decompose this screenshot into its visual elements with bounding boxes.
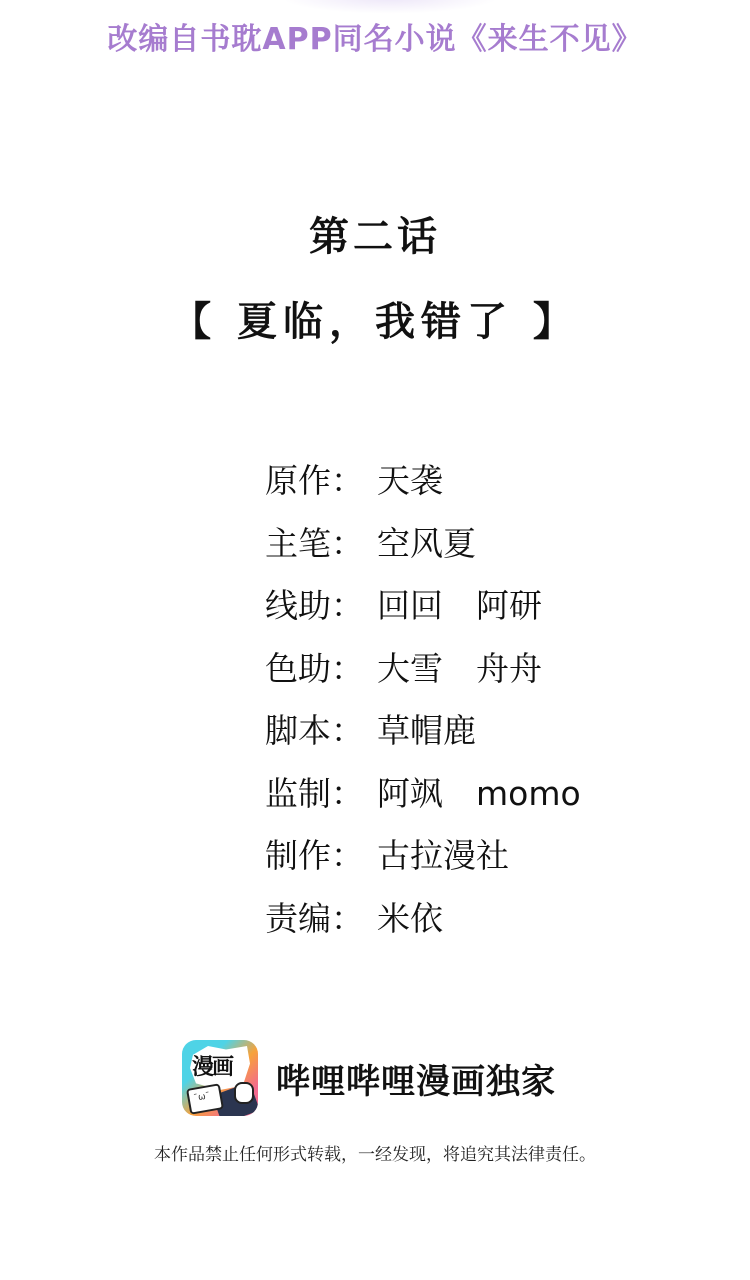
credit-value: 阿飒 momo: [377, 771, 581, 834]
credit-role: 责编：: [265, 896, 377, 959]
credit-row-script: 脚本： 草帽鹿: [265, 708, 581, 771]
credit-role: 原作：: [265, 458, 377, 521]
tv-face: ˉωˉ: [193, 1091, 211, 1104]
credit-row-original: 原作： 天袭: [265, 458, 581, 521]
chapter-title: 【 夏临，我错了 】: [0, 290, 750, 347]
credit-value: 米依: [377, 896, 443, 959]
credit-value: 回回 阿研: [377, 583, 542, 646]
top-glow-decoration: [280, 0, 500, 14]
credit-role: 制作：: [265, 833, 377, 896]
credit-role: 线助：: [265, 583, 377, 646]
copyright-notice: 本作品禁止任何形式转载，一经发现，将追究其法律责任。: [0, 1140, 750, 1165]
credit-role: 主笔：: [265, 521, 377, 584]
credit-value: 古拉漫社: [377, 833, 509, 896]
credit-row-color-assistant: 色助： 大雪 舟舟: [265, 646, 581, 709]
bilibili-manga-app-icon: 漫画 ˉωˉ: [182, 1040, 258, 1116]
adaptation-subtitle: 改编自书耽APP同名小说《来生不见》: [0, 14, 750, 58]
credit-row-supervisor: 监制： 阿飒 momo: [265, 771, 581, 834]
manga-label: 漫画: [192, 1050, 232, 1081]
credit-row-line-assistant: 线助： 回回 阿研: [265, 583, 581, 646]
credits-list: 原作： 天袭 主笔： 空风夏 线助： 回回 阿研 色助： 大雪 舟舟 脚本： 草…: [265, 458, 581, 958]
credit-value: 大雪 舟舟: [377, 646, 542, 709]
brand-exclusive-text: 哔哩哔哩漫画独家: [276, 1054, 556, 1103]
bilibili-manga-logo: 漫画 ˉωˉ 哔哩哔哩漫画独家: [182, 1040, 556, 1116]
credit-role: 监制：: [265, 771, 377, 834]
credit-row-editor: 责编： 米依: [265, 896, 581, 959]
credit-row-production: 制作： 古拉漫社: [265, 833, 581, 896]
credit-value: 草帽鹿: [377, 708, 476, 771]
credit-role: 色助：: [265, 646, 377, 709]
thumbs-up-icon: [234, 1082, 254, 1104]
credit-value: 空风夏: [377, 521, 476, 584]
credit-value: 天袭: [377, 458, 443, 521]
credit-row-lead-artist: 主笔： 空风夏: [265, 521, 581, 584]
credit-role: 脚本：: [265, 708, 377, 771]
chapter-number: 第二话: [0, 205, 750, 262]
